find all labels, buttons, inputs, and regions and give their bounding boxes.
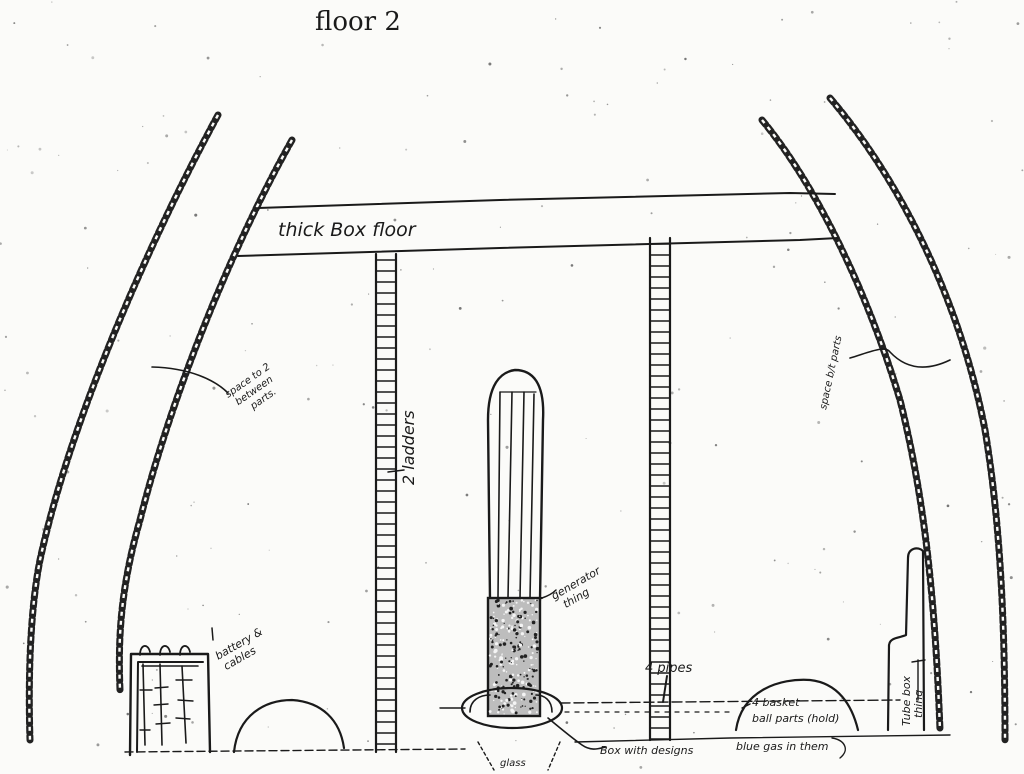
chain-right-inner (762, 120, 940, 730)
chain-right-outer (830, 98, 1005, 740)
floor-band-label: thick Box floor (278, 219, 417, 241)
generator (488, 370, 543, 716)
generator-label: generator thing (549, 562, 612, 613)
blue-gas-label: blue gas in them (736, 740, 829, 753)
tube-box-label: Tube box thing (900, 672, 925, 726)
battery-label: battery & cables (213, 623, 274, 673)
box-with-designs (478, 718, 606, 770)
space-right-label: space b/t parts (818, 335, 844, 411)
chain-left-inner (119, 140, 292, 690)
space-between-label: space to 2 between parts. (223, 360, 288, 420)
ladder-left (376, 254, 396, 752)
battery (130, 646, 210, 755)
floor-plan-sketch: floor 2 thick Box floor 2 ladders space … (0, 0, 1024, 774)
pipes-label: 4 pipes (645, 661, 693, 676)
dome-left (234, 700, 344, 752)
chain-left-outer (29, 115, 218, 740)
page-title: floor 2 (315, 7, 401, 37)
floor-band: thick Box floor (238, 193, 838, 256)
ladders-label: 2 ladders (399, 410, 418, 485)
box-with-designs-label: Box with designs (600, 744, 694, 757)
glass-label: glass (500, 758, 526, 769)
